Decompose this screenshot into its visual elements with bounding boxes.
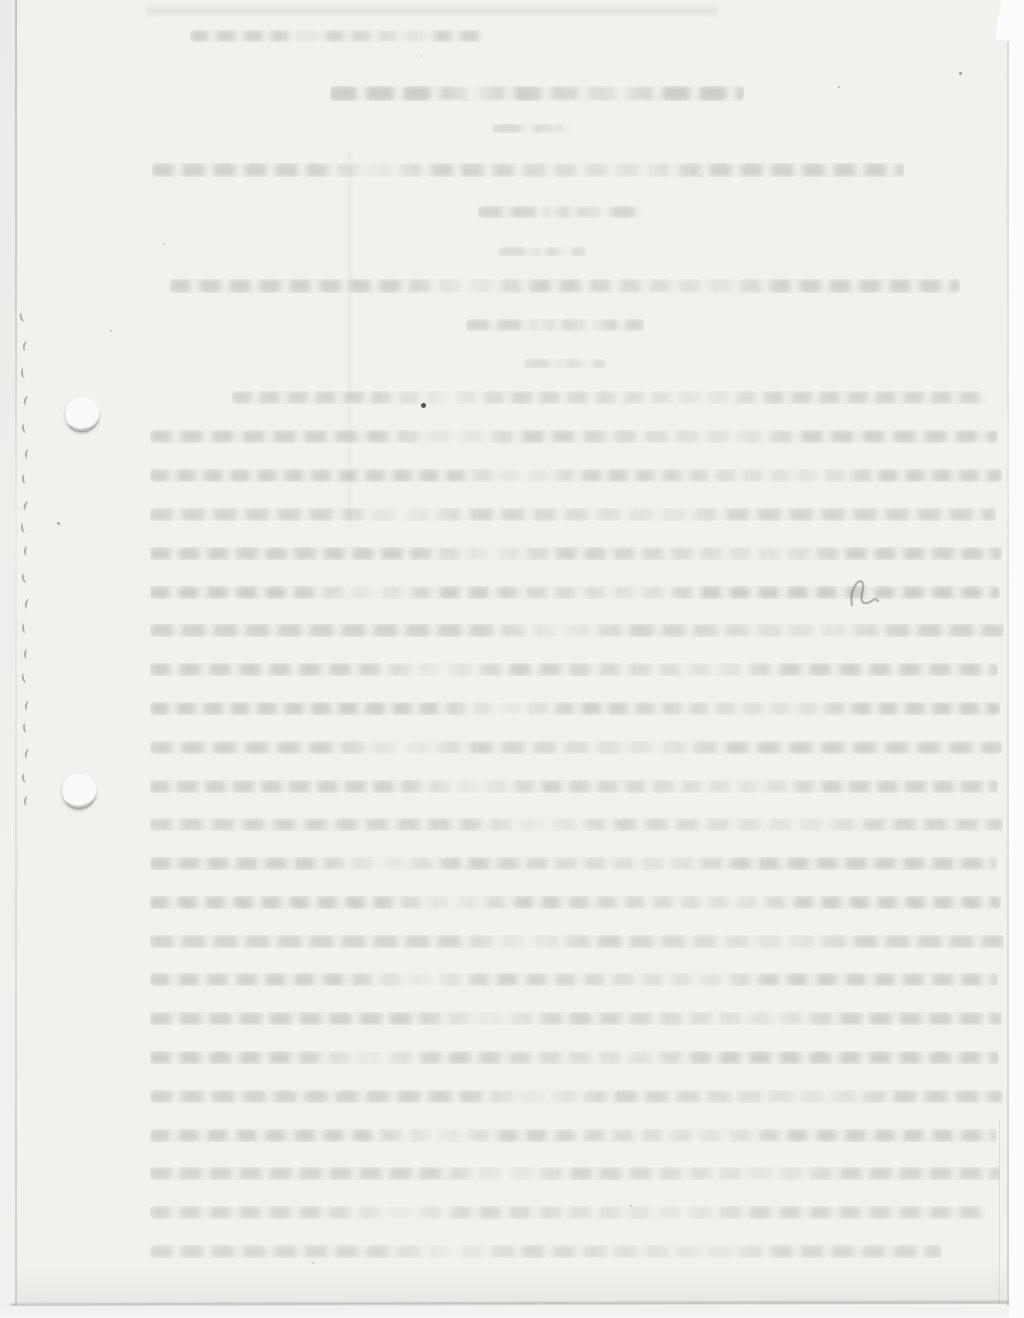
- faded-body-line: [150, 1245, 942, 1258]
- paper-page: [17, 0, 1007, 1305]
- faded-body-line: [232, 391, 988, 404]
- scan-streak: [147, 7, 717, 14]
- ink-speck: [959, 72, 962, 75]
- faded-centered-line: [152, 163, 904, 177]
- faded-body-line: [150, 973, 998, 986]
- torn-edge-mark: [23, 546, 30, 557]
- punch-hole-shadow: [58, 770, 100, 812]
- faded-body-line: [150, 780, 998, 793]
- faded-body-line: [150, 1051, 999, 1064]
- faded-title-line: [492, 124, 570, 133]
- scanner-margin-bottom: [0, 1306, 1024, 1318]
- scanner-margin-right: [1009, 0, 1024, 1318]
- faded-body-line: [150, 547, 1002, 560]
- faded-body-line: [150, 896, 1001, 909]
- faded-body-line: [150, 702, 1000, 715]
- faded-centered-line: [524, 359, 606, 368]
- torn-edge-mark: [20, 368, 27, 379]
- faded-body-line: [150, 1090, 1003, 1103]
- torn-edge-mark: [22, 474, 29, 484]
- page-right-inner-edge: [999, 1120, 1000, 1304]
- ink-speck: [420, 55, 422, 57]
- faded-body-line: [150, 430, 998, 443]
- faded-body-line: [150, 741, 1002, 754]
- faded-header-line: [190, 30, 482, 42]
- punch-hole-shadow: [61, 393, 103, 435]
- scanned-document: [0, 0, 1024, 1318]
- faded-body-line: [150, 857, 997, 870]
- faded-body-line: [150, 1206, 986, 1219]
- ink-speck: [630, 1205, 632, 1207]
- punch-hole: [65, 397, 99, 431]
- faded-body-line: [150, 469, 1002, 482]
- faded-centered-line: [466, 319, 644, 331]
- faded-body-line: [150, 508, 996, 521]
- faded-centered-line: [478, 206, 643, 218]
- ink-speck: [57, 522, 60, 525]
- scanner-margin-left: [0, 0, 15, 1308]
- punch-hole: [62, 774, 96, 808]
- faded-centered-line: [498, 247, 586, 256]
- torn-edge-mark: [22, 723, 29, 734]
- page-left-edge: [15, 0, 17, 1308]
- faded-body-line: [150, 624, 1004, 637]
- faded-title-line: [330, 86, 744, 101]
- faded-body-line: [150, 1012, 1002, 1025]
- ink-squiggle-mark: [845, 575, 885, 618]
- faded-body-line: [150, 1167, 1000, 1180]
- faded-body-line: [150, 1129, 997, 1142]
- ink-speck: [110, 330, 112, 332]
- faded-centered-line: [170, 279, 960, 293]
- page-corner-cut: [995, 0, 1024, 44]
- ink-speck: [838, 86, 840, 88]
- torn-edge-mark: [24, 649, 31, 659]
- ink-speck: [163, 243, 165, 245]
- ink-speck: [421, 403, 426, 408]
- page-bottom-shade: [17, 1262, 1007, 1304]
- ink-speck: [700, 175, 702, 177]
- faded-body-line: [150, 663, 998, 676]
- faded-body-line: [150, 935, 1004, 948]
- faded-body-line: [150, 818, 1003, 831]
- torn-edge-mark: [21, 623, 28, 634]
